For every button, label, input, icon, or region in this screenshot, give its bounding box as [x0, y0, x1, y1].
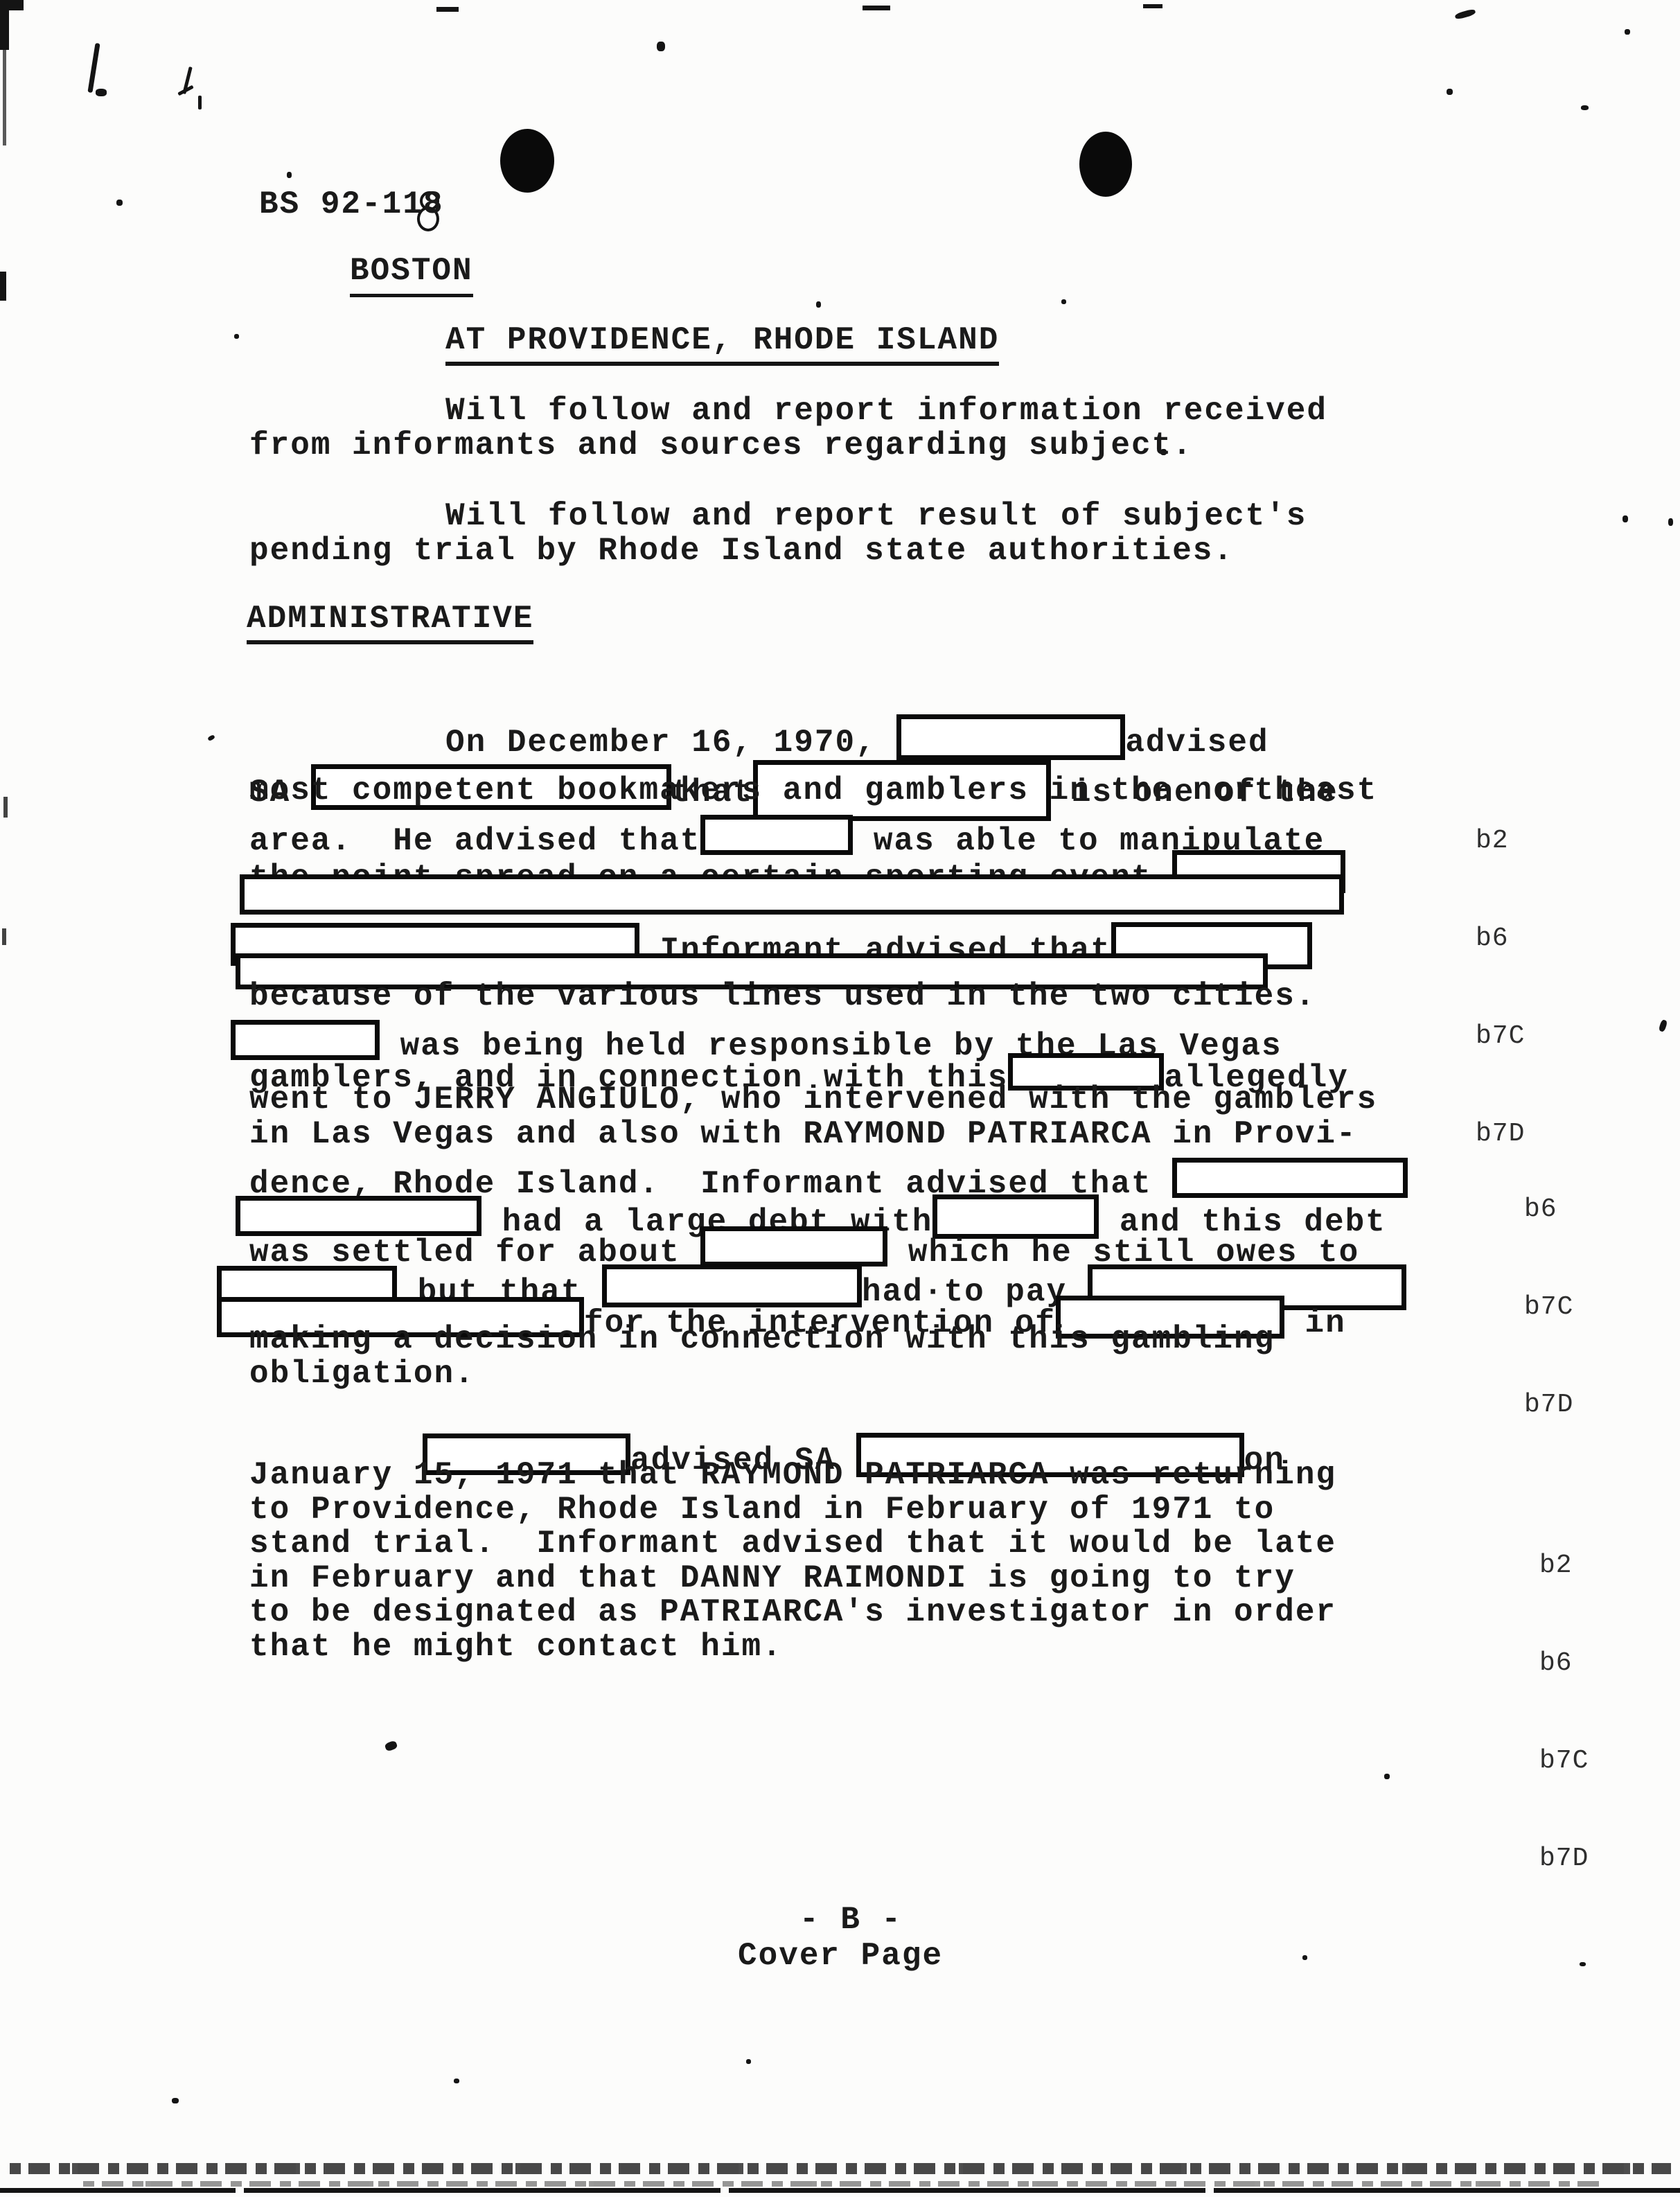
text-segment: Will follow and report information recei…: [445, 393, 1327, 429]
body-line: stand trial. Informant advised that it w…: [249, 1528, 1336, 1560]
text-segment: - B -: [799, 1902, 902, 1938]
scan-speck: [2, 928, 6, 945]
text-segment: in: [1284, 1305, 1346, 1341]
exemption-code: b2: [1476, 824, 1541, 857]
scan-speck: [287, 172, 292, 178]
file-number: BS 92-118: [259, 188, 443, 220]
text-segment: stand trial. Informant advised that it w…: [249, 1526, 1336, 1562]
text-segment: making a decision in connection with thi…: [249, 1321, 1275, 1357]
text-segment: went to JERRY ANGIULO, who intervened wi…: [249, 1082, 1377, 1118]
scan-speck: [746, 2059, 751, 2064]
scan-speck: [172, 2098, 179, 2103]
scan-speck: [436, 7, 459, 12]
location-heading-text: AT PROVIDENCE, RHODE ISLAND: [445, 322, 999, 366]
office-heading: BOSTON: [350, 255, 473, 287]
text-segment: to be designated as PATRIARCA's investig…: [249, 1594, 1336, 1630]
foia-exemption-codes: b2 b6 b7C b7D: [1539, 1484, 1605, 1940]
exemption-code: b7C: [1476, 1020, 1541, 1052]
body-line: in Las Vegas and also with RAYMOND PATRI…: [249, 1118, 1357, 1150]
scan-speck: [3, 42, 6, 145]
text-segment: Cover Page: [738, 1938, 943, 1974]
body-line: making a decision in connection with thi…: [249, 1323, 1275, 1355]
scan-speck: [87, 43, 100, 93]
body-line: Will follow and report result of subject…: [445, 500, 1307, 532]
section-heading-text: ADMINISTRATIVE: [247, 601, 533, 644]
scan-speck: [384, 1740, 398, 1752]
scan-speck: [657, 42, 665, 51]
scan-speck: [1580, 1962, 1586, 1966]
text-segment: to Providence, Rhode Island in February …: [249, 1492, 1275, 1528]
section-heading: ADMINISTRATIVE: [247, 603, 533, 635]
body-line: that he might contact him.: [249, 1631, 783, 1663]
text-segment: January 15, 1971 that RAYMOND PATRIARCA …: [249, 1457, 1336, 1493]
body-line: from informants and sources regarding su…: [249, 430, 1193, 461]
text-segment: because of the various lines used in the…: [249, 978, 1316, 1014]
text-segment: that he might contact him.: [249, 1629, 783, 1665]
exemption-code: b7D: [1539, 1842, 1605, 1875]
file-number-text: BS 92-118: [259, 186, 443, 222]
body-line: to Providence, Rhode Island in February …: [249, 1494, 1275, 1526]
text-segment: pending trial by Rhode Island state auth…: [249, 533, 1234, 569]
body-line: because of the various lines used in the…: [249, 980, 1316, 1012]
scan-speck: [1384, 1774, 1390, 1779]
text-segment: Will follow and report result of subject…: [445, 498, 1307, 534]
body-line: obligation.: [249, 1358, 475, 1390]
hole-punch-mark: [1079, 132, 1132, 197]
scan-speck: [1625, 29, 1630, 35]
scan-speck: [816, 301, 821, 308]
scan-speck: [1447, 89, 1453, 95]
exemption-code: b6: [1476, 922, 1541, 955]
text-segment: obligation.: [249, 1356, 475, 1392]
footer-page-letter: - B -: [799, 1904, 902, 1936]
body-line: January 15, 1971 that RAYMOND PATRIARCA …: [249, 1459, 1336, 1491]
scan-speck: [234, 334, 239, 339]
redaction-box: [240, 874, 1344, 915]
scan-artifact-line: [0, 2188, 1680, 2193]
body-line: went to JERRY ANGIULO, who intervened wi…: [249, 1084, 1377, 1115]
office-heading-text: BOSTON: [350, 253, 473, 297]
hole-punch-mark: [500, 129, 554, 193]
scan-speck: [1659, 1019, 1668, 1032]
document-page: BS 92-118 BOSTON AT PROVIDENCE, RHODE IS…: [0, 0, 1680, 2197]
scan-speck: [1061, 299, 1066, 304]
body-line: Will follow and report information recei…: [445, 395, 1327, 427]
text-segment: from informants and sources regarding su…: [249, 427, 1193, 464]
text-segment: most competent bookmakers and gamblers i…: [249, 773, 1377, 809]
body-line: pending trial by Rhode Island state auth…: [249, 535, 1234, 567]
scan-speck: [96, 89, 107, 96]
text-segment: in Las Vegas and also with RAYMOND PATRI…: [249, 1116, 1357, 1152]
exemption-code: b7C: [1539, 1745, 1605, 1777]
scan-artifact-band: [83, 2181, 1607, 2187]
exemption-code: b6: [1539, 1647, 1605, 1679]
footer-page-label: Cover Page: [738, 1940, 943, 1972]
scan-speck: [1302, 1955, 1307, 1960]
scan-speck: [1454, 8, 1476, 20]
scan-speck: [1622, 515, 1628, 522]
scan-artifact-band: [10, 2163, 1671, 2174]
body-line: most competent bookmakers and gamblers i…: [249, 775, 1377, 806]
scan-speck: [0, 272, 6, 301]
exemption-code: b6: [1524, 1193, 1590, 1226]
body-line: in February and that DANNY RAIMONDI is g…: [249, 1562, 1296, 1594]
exemption-code: b7D: [1524, 1388, 1590, 1421]
location-heading: AT PROVIDENCE, RHODE ISLAND: [445, 324, 999, 356]
scan-speck: [1581, 105, 1589, 110]
scan-speck: [454, 2079, 459, 2083]
scan-speck: [3, 797, 8, 818]
scan-speck: [1143, 4, 1162, 8]
scan-speck: [1668, 518, 1673, 526]
scan-speck: [198, 96, 202, 109]
scan-speck: [863, 6, 890, 10]
foia-exemption-codes: b6 b7C b7D: [1524, 1128, 1590, 1486]
body-line: to be designated as PATRIARCA's investig…: [249, 1596, 1336, 1628]
scan-speck: [207, 734, 215, 741]
exemption-code: b2: [1539, 1549, 1605, 1582]
scan-speck: [116, 200, 123, 206]
text-segment: in February and that DANNY RAIMONDI is g…: [249, 1560, 1296, 1596]
exemption-code: b7C: [1524, 1291, 1590, 1323]
